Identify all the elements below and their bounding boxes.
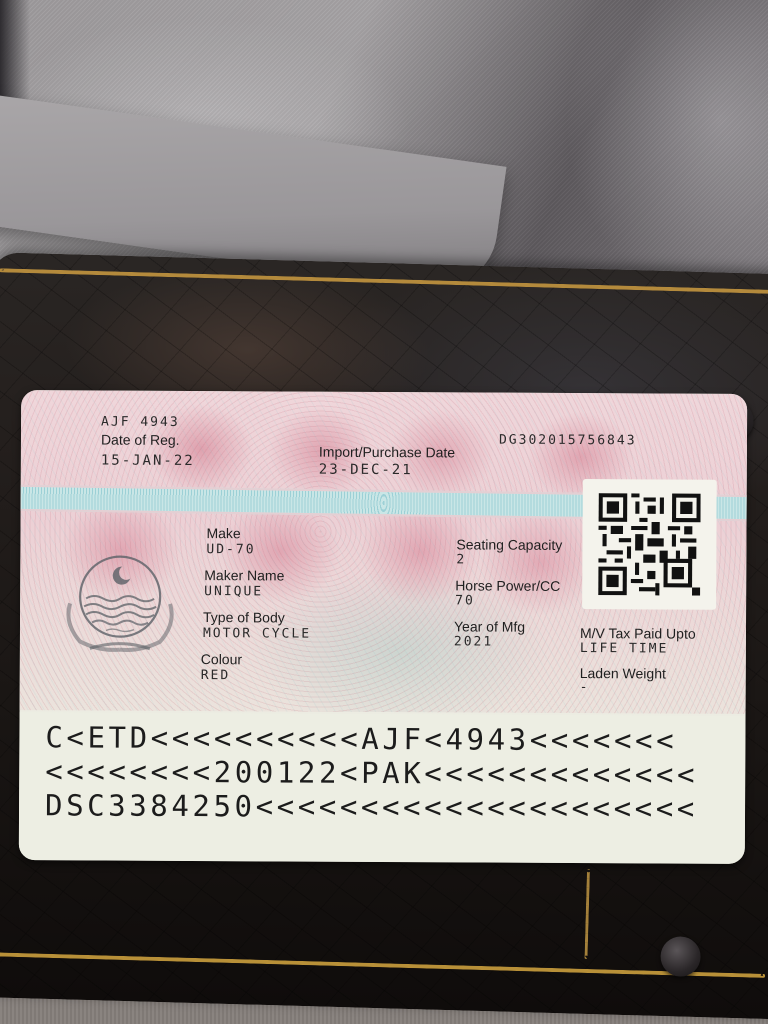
type-of-body-label: Type of Body <box>203 609 285 625</box>
horse-power-value: 70 <box>455 593 475 608</box>
laden-weight-value: - <box>580 680 590 695</box>
mrz-line-3: DSC3384250<<<<<<<<<<<<<<<<<<<<< <box>45 788 698 825</box>
laden-weight-label: Laden Weight <box>580 665 666 681</box>
wallet-top-stitching <box>0 268 768 294</box>
import-purchase-date-value: 23-DEC-21 <box>319 462 413 478</box>
seating-capacity-label: Seating Capacity <box>456 536 562 553</box>
machine-readable-zone: C<ETD<<<<<<<<<<AJF<4943<<<<<<< <<<<<<<<2… <box>19 712 746 864</box>
mrz-line-1: C<ETD<<<<<<<<<<AJF<4943<<<<<<< <box>45 720 677 757</box>
horse-power-label: Horse Power/CC <box>455 577 560 594</box>
mv-tax-value: LIFE TIME <box>580 641 669 656</box>
qr-code <box>582 479 717 610</box>
mv-tax-label: M/V Tax Paid Upto <box>580 625 696 642</box>
year-of-mfg-value: 2021 <box>454 634 493 649</box>
wallet-rivet-bottom <box>660 936 701 977</box>
registration-number: AJF 4943 <box>101 415 180 430</box>
maker-name-label: Maker Name <box>204 567 284 583</box>
colour-label: Colour <box>201 651 242 667</box>
qr-code-icon <box>598 493 701 596</box>
import-purchase-date-label: Import/Purchase Date <box>319 444 455 461</box>
wallet-bottom-stitching <box>0 952 765 978</box>
make-value: UD-70 <box>206 542 255 557</box>
make-label: Make <box>206 525 240 541</box>
card-serial-number: DG302015756843 <box>499 433 637 449</box>
date-of-reg-label: Date of Reg. <box>101 432 180 448</box>
date-of-reg-value: 15-JAN-22 <box>101 453 195 469</box>
government-of-punjab-emblem-icon <box>60 548 181 659</box>
year-of-mfg-label: Year of Mfg <box>454 618 525 634</box>
vehicle-registration-card: AJF 4943 Date of Reg. 15-JAN-22 Import/P… <box>19 390 747 864</box>
type-of-body-value: MOTOR CYCLE <box>203 626 311 642</box>
maker-name-value: UNIQUE <box>204 584 263 599</box>
mrz-line-2: <<<<<<<<200122<PAK<<<<<<<<<<<<< <box>45 754 698 791</box>
seating-capacity-value: 2 <box>456 552 466 567</box>
colour-value: RED <box>201 668 231 683</box>
wallet-side-stitching <box>584 869 590 959</box>
